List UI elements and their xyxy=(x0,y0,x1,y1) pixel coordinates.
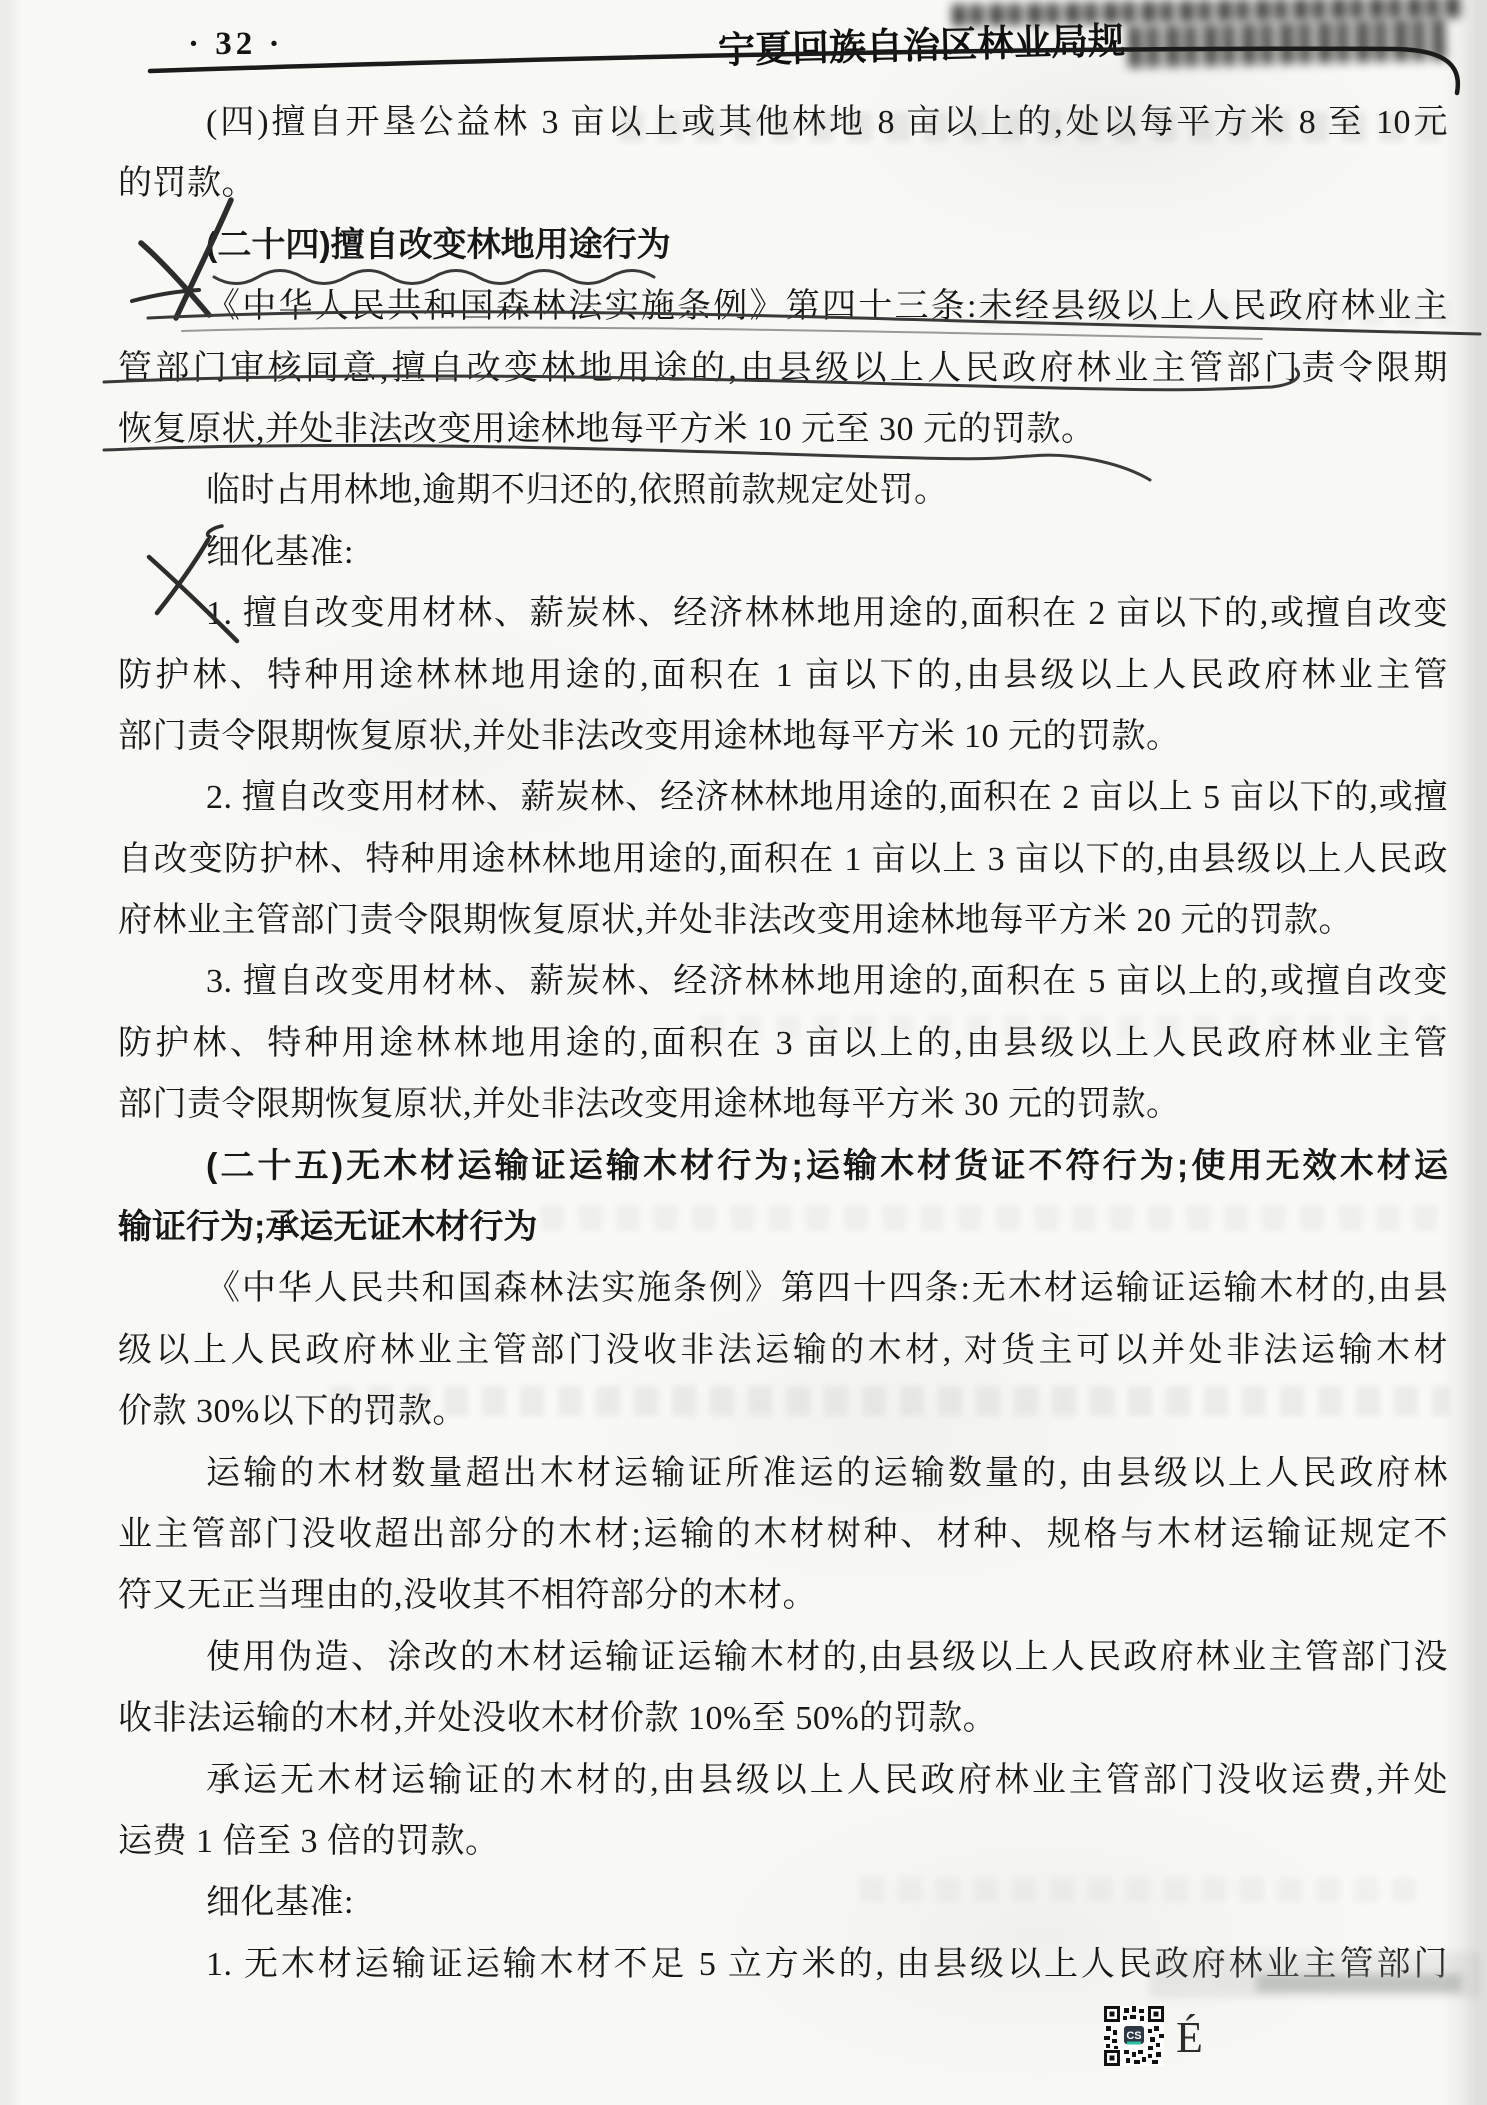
text-line: 《中华人民共和国森林法实施条例》第四十四条:无木材运输证运输木材的,由县 xyxy=(118,1258,1448,1319)
scanned-document-page: · 32 · 宁夏回族自治区林业局规 (四)擅自开垦公益林 3 亩以上或其他林地… xyxy=(0,0,1487,2105)
svg-text:CS: CS xyxy=(1126,2030,1141,2042)
text-line: 细化基准: xyxy=(118,1872,1448,1933)
running-header-title-text: 宁夏回族自治区林业局规 xyxy=(718,21,1126,72)
text-line: 部门责令限期恢复原状,并处非法改变用途林地每平方米 30 元的罚款。 xyxy=(118,1074,1448,1135)
text-line: 细化基准: xyxy=(118,522,1448,583)
watermark-glyph: É xyxy=(1176,2012,1203,2063)
text-line: 1. 擅自改变用材林、薪炭林、经济林林地用途的,面积在 2 亩以下的,或擅自改变 xyxy=(118,583,1448,644)
text-line: 1. 无木材运输证运输木材不足 5 立方米的, 由县级以上人民政府林业主管部门 xyxy=(118,1934,1448,1995)
page-number: · 32 · xyxy=(188,26,284,63)
heading-line: (二十五)无木材运输证运输木材行为;运输木材货证不符行为;使用无效木材运 xyxy=(118,1136,1448,1197)
text-line: 《中华人民共和国森林法实施条例》第四十三条:未经县级以上人民政府林业主 xyxy=(118,276,1448,337)
text-line: 使用伪造、涂改的木材运输证运输木材的,由县级以上人民政府林业主管部门没 xyxy=(118,1627,1448,1688)
text-line: 承运无木材运输证的木材的,由县级以上人民政府林业主管部门没收运费,并处 xyxy=(118,1750,1448,1811)
text-line: (四)擅自开垦公益林 3 亩以上或其他林地 8 亩以上的,处以每平方米 8 至 … xyxy=(118,92,1448,153)
text-line: 2. 擅自改变用材林、薪炭林、经济林林地用途的,面积在 2 亩以上 5 亩以下的… xyxy=(118,767,1448,828)
heading-line: (二十四)擅自改变林地用途行为 xyxy=(118,215,1448,276)
text-line: 3. 擅自改变用材林、薪炭林、经济林林地用途的,面积在 5 亩以上的,或擅自改变 xyxy=(118,951,1448,1012)
text-line: 运输的木材数量超出木材运输证所准运的运输数量的, 由县级以上人民政府林 xyxy=(118,1443,1448,1504)
text-line: 符又无正当理由的,没收其不相符部分的木材。 xyxy=(118,1565,1448,1626)
qr-code: CS xyxy=(1104,2006,1164,2066)
text-line: 临时占用林地,逾期不归还的,依照前款规定处罚。 xyxy=(118,460,1448,521)
text-line: 府林业主管部门责令限期恢复原状,并处非法改变用途林地每平方米 20 元的罚款。 xyxy=(118,890,1448,951)
text-line: 收非法运输的木材,并处没收木材价款 10%至 50%的罚款。 xyxy=(118,1688,1448,1749)
text-line: 管部门审核同意,擅自改变林地用途的,由县级以上人民政府林业主管部门责令限期 xyxy=(118,338,1448,399)
text-line: 级以上人民政府林业主管部门没收非法运输的木材, 对货主可以并处非法运输木材 xyxy=(118,1320,1448,1381)
text-line: 防护林、特种用途林林地用途的,面积在 3 亩以上的,由县级以上人民政府林业主管 xyxy=(118,1013,1448,1074)
text-line: 恢复原状,并处非法改变用途林地每平方米 10 元至 30 元的罚款。 xyxy=(118,399,1448,460)
text-line: 运费 1 倍至 3 倍的罚款。 xyxy=(118,1811,1448,1872)
text-line: 部门责令限期恢复原状,并处非法改变用途林地每平方米 10 元的罚款。 xyxy=(118,706,1448,767)
running-header-title: 宁夏回族自治区林业局规 xyxy=(717,1,1478,72)
heading-line: 输证行为;承运无证木材行为 xyxy=(118,1197,1448,1258)
text-line: 价款 30%以下的罚款。 xyxy=(118,1381,1448,1442)
text-line: 的罚款。 xyxy=(118,153,1448,214)
text-line: 自改变防护林、特种用途林林地用途的,面积在 1 亩以上 3 亩以下的,由县级以上… xyxy=(118,829,1448,890)
qr-cs-badge: CS xyxy=(1124,2026,1144,2045)
text-block: (四)擅自开垦公益林 3 亩以上或其他林地 8 亩以上的,处以每平方米 8 至 … xyxy=(118,92,1448,1995)
text-line: 防护林、特种用途林林地用途的,面积在 1 亩以下的,由县级以上人民政府林业主管 xyxy=(118,645,1448,706)
text-line: 业主管部门没收超出部分的木材;运输的木材树种、材种、规格与木材运输证规定不 xyxy=(118,1504,1448,1565)
